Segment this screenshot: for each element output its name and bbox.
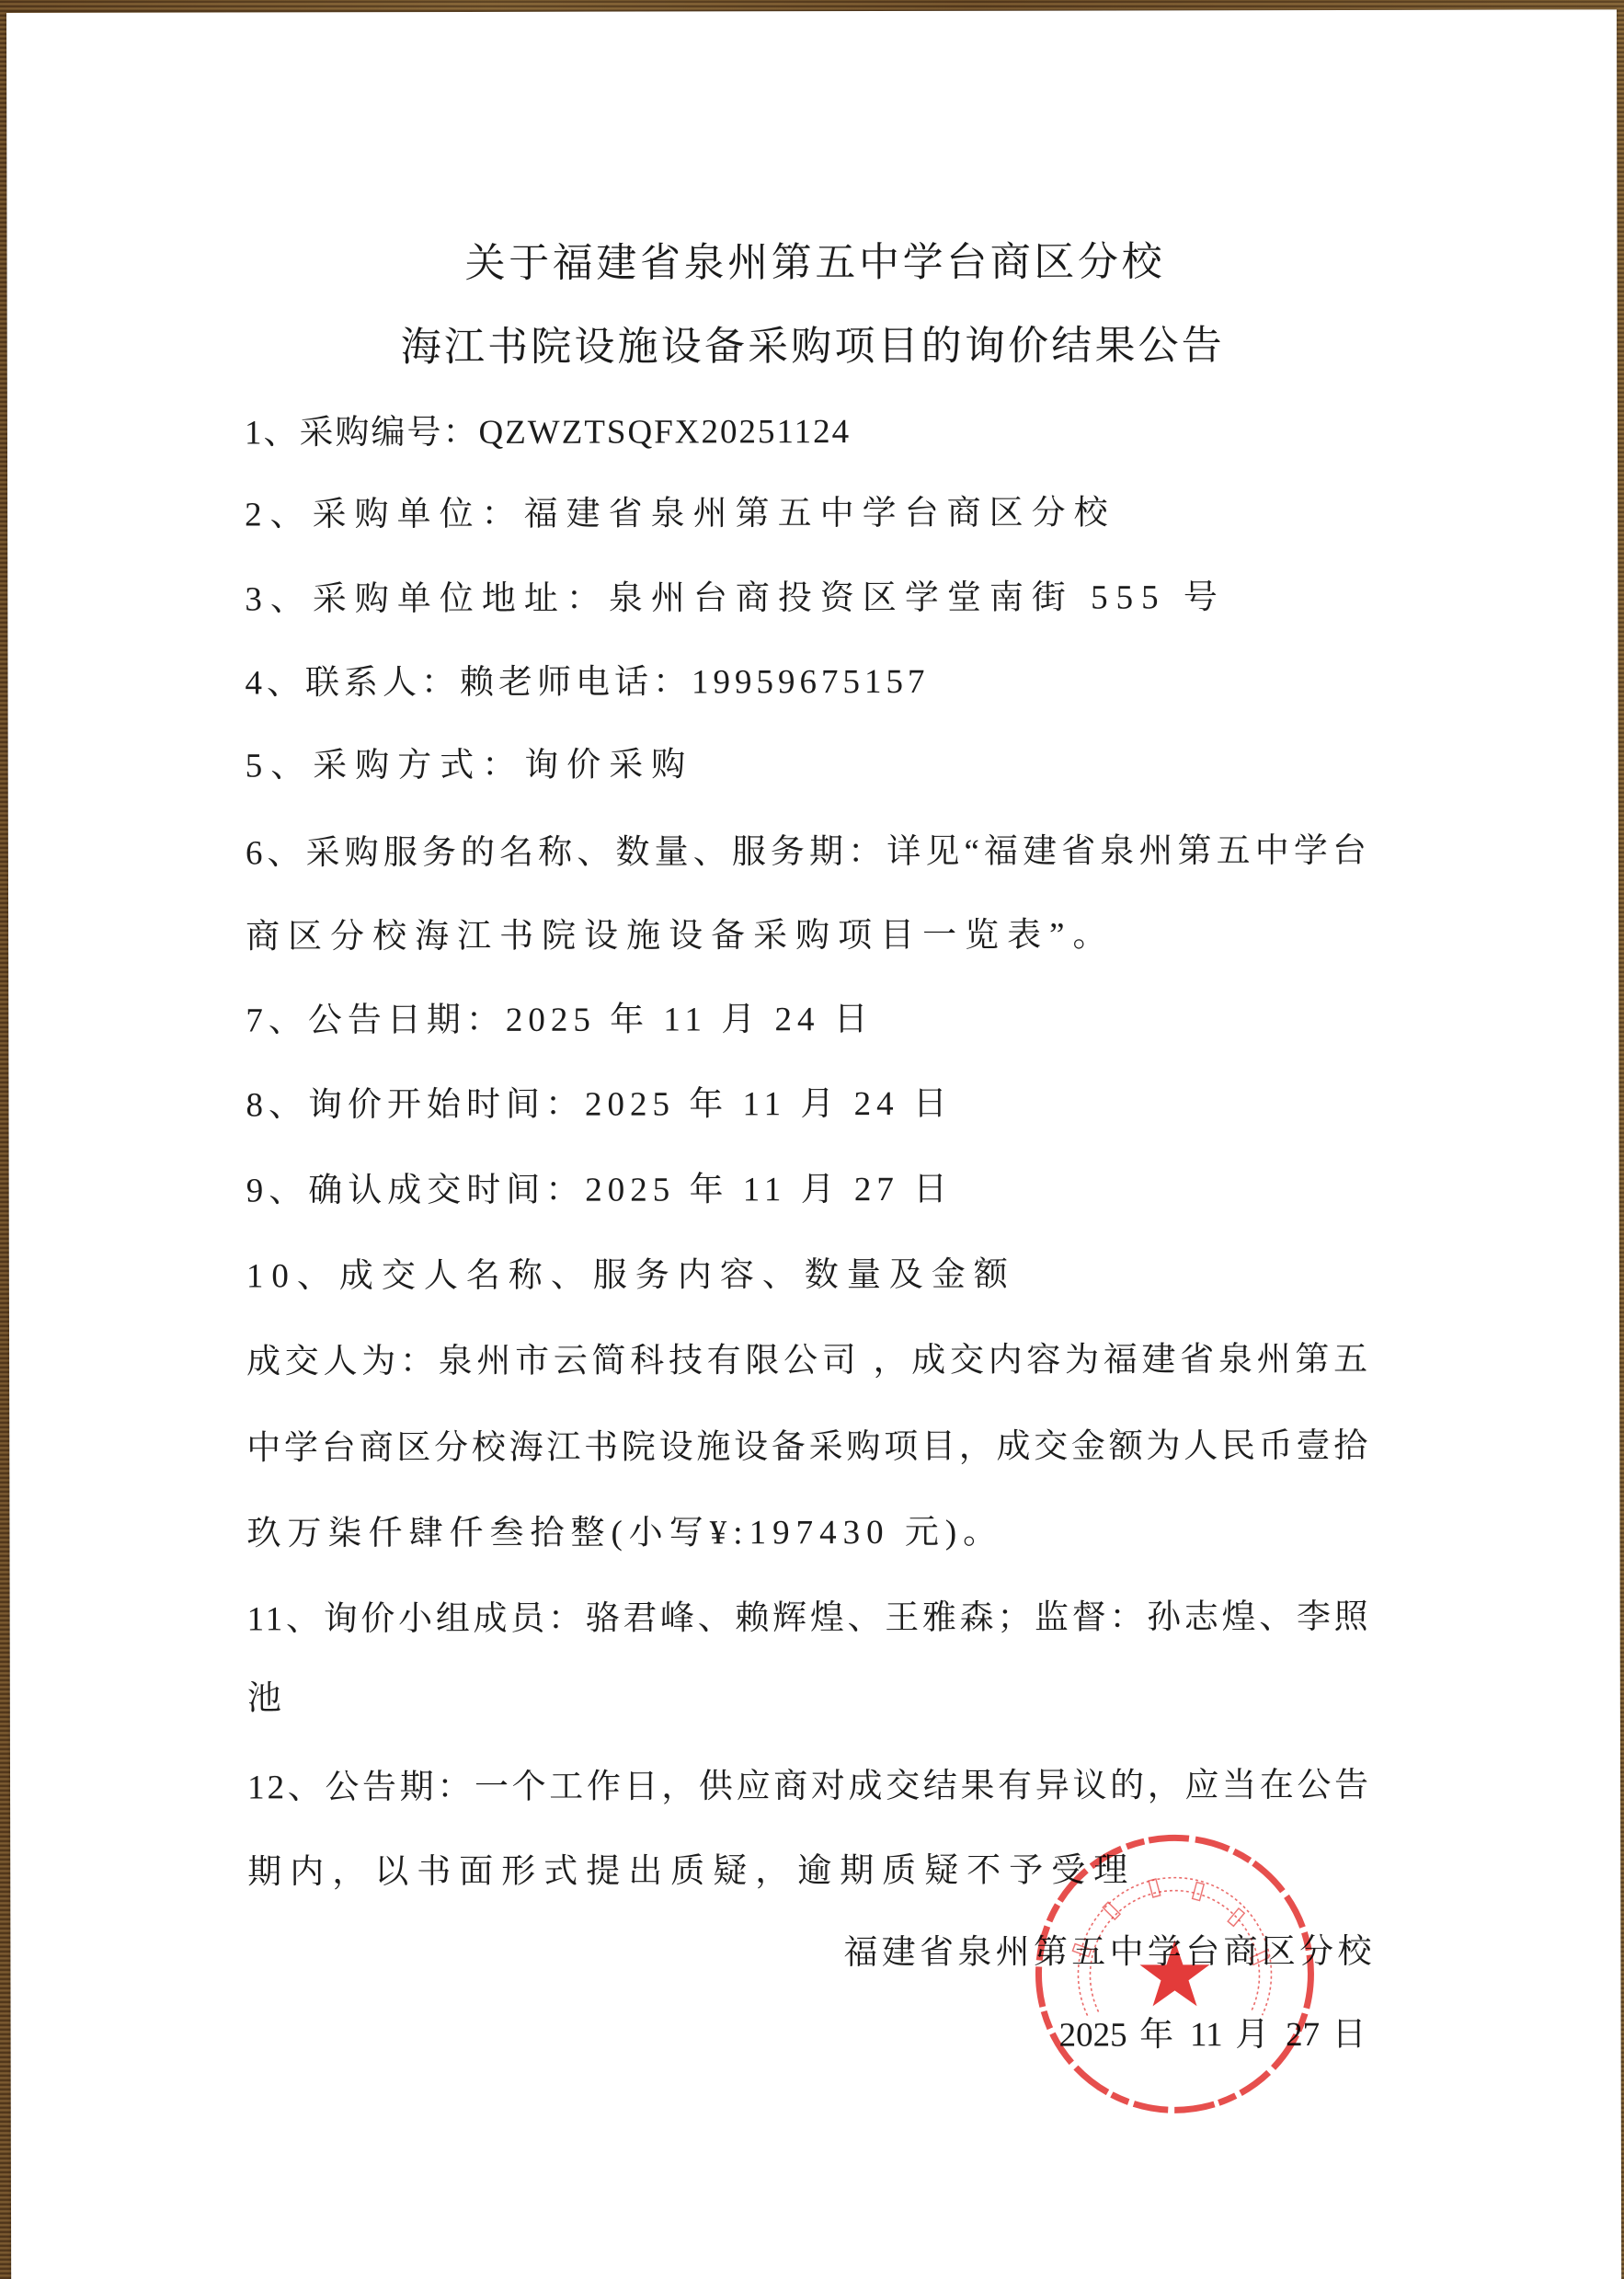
item-11-inquiry-panel-line-2: 池 <box>247 1674 1371 1723</box>
document-title-line-1: 关于福建省泉州第五中学台商区分校 <box>465 236 1162 290</box>
item-9-deal-confirmation-time: 9、确认成交时间：2025 年 11 月 27 日 <box>246 1166 1370 1215</box>
item-10-heading: 10、成交人名称、服务内容、数量及金额 <box>246 1252 1370 1300</box>
item-10-winner-amount: 玖万柒仟肆仟叁拾整(小写¥:197430 元)。 <box>246 1509 1370 1558</box>
item-11-inquiry-panel-line-1: 11、询价小组成员：骆君峰、赖辉煌、王雅森；监督：孙志煌、李照 <box>247 1595 1371 1643</box>
item-4-contact: 4、联系人：赖老师电话：19959675157 <box>245 659 1368 707</box>
item-1-procurement-number: 1、采购编号：QZWZTSQFX20251124 <box>245 408 1368 457</box>
document-page: 关于福建省泉州第五中学台商区分校 海江书院设施设备采购项目的询价结果公告 1、采… <box>6 9 1621 2279</box>
svg-text:▯: ▯ <box>1223 1902 1251 1931</box>
signature-date: 2025 年 11 月 27 日 <box>1059 2012 1367 2059</box>
item-7-announcement-date: 7、公告日期：2025 年 11 月 24 日 <box>246 996 1369 1045</box>
signature-organization: 福建省泉州第五中学台商区分校 <box>843 1930 1371 1976</box>
svg-text:▯: ▯ <box>1096 1895 1125 1924</box>
item-12-announcement-period-line-2: 期内，以书面形式提出质疑，逾期质疑不予受理 <box>247 1848 1371 1896</box>
item-5-procurement-method: 5、采购方式：询价采购 <box>246 741 1369 790</box>
item-12-announcement-period-line-1: 12、公告期：一个工作日，供应商对成交结果有异议的，应当在公告 <box>247 1763 1371 1812</box>
item-6-service-details-line-2: 商区分校海江书院设施设备采购项目一览表”。 <box>246 912 1369 961</box>
item-10-winner-line-1: 成交人为：泉州市云简科技有限公司 ，成交内容为福建省泉州第五 <box>246 1337 1370 1386</box>
document-title-line-2: 海江书院设施设备采购项目的询价结果公告 <box>401 320 1222 373</box>
item-8-inquiry-start-time: 8、询价开始时间：2025 年 11 月 24 日 <box>246 1081 1369 1129</box>
item-3-unit-address: 3、采购单位地址：泉州台商投资区学堂南街 555 号 <box>245 575 1368 624</box>
item-2-procurement-unit: 2、采购单位：福建省泉州第五中学台商区分校 <box>245 490 1368 539</box>
item-10-winner-line-2: 中学台商区分校海江书院设施设备采购项目，成交金额为人民币壹拾 <box>246 1424 1370 1472</box>
item-6-service-details-line-1: 6、采购服务的名称、数量、服务期：详见“福建省泉州第五中学台 <box>246 829 1369 877</box>
